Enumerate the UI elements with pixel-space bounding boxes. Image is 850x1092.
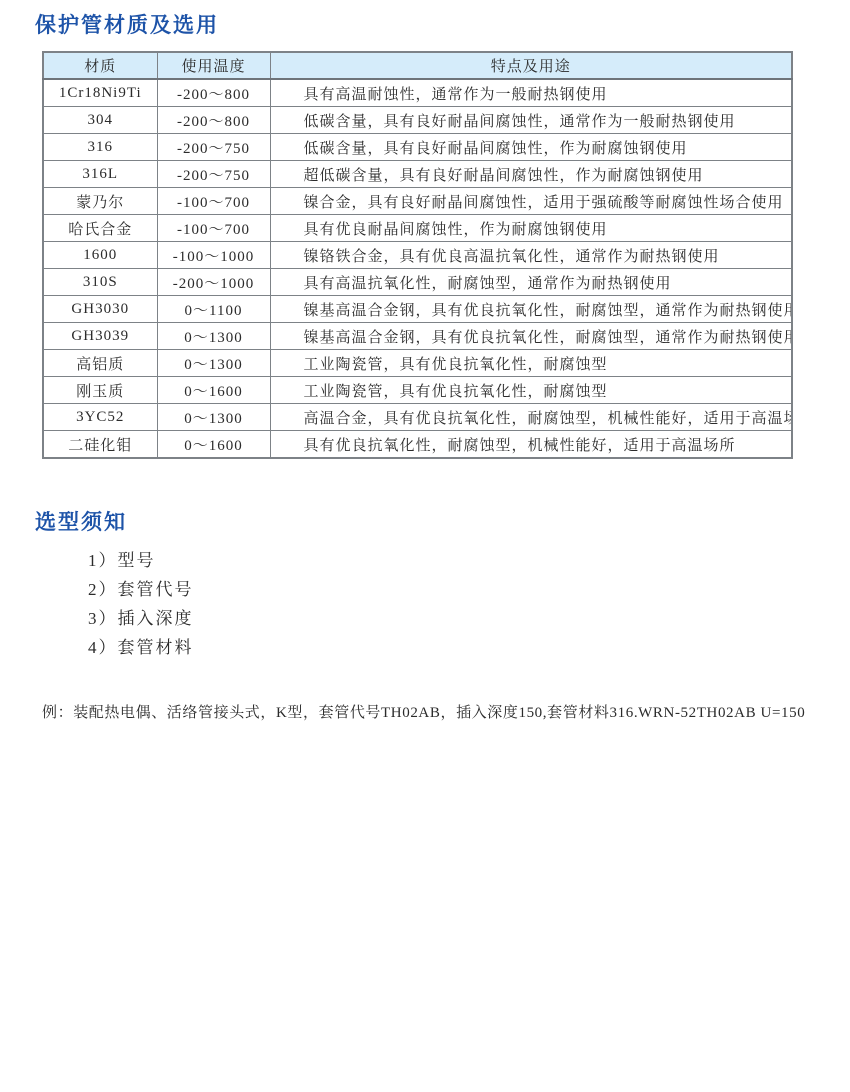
table-row: 316L -200～750 超低碳含量，具有良好耐晶间腐蚀性，作为耐腐蚀钢使用 xyxy=(43,161,792,188)
material-cell: 刚玉质 xyxy=(43,377,157,404)
material-cell: 3YC52 xyxy=(43,404,157,431)
temperature-cell: 0～1300 xyxy=(157,350,270,377)
table-row: 刚玉质 0～1600 工业陶瓷管，具有优良抗氧化性，耐腐蚀型 xyxy=(43,377,792,404)
features-cell: 具有高温抗氧化性，耐腐蚀型，通常作为耐热钢使用 xyxy=(270,269,792,296)
temperature-cell: 0～1300 xyxy=(157,404,270,431)
material-cell: GH3039 xyxy=(43,323,157,350)
features-cell: 低碳含量，具有良好耐晶间腐蚀性，通常作为一般耐热钢使用 xyxy=(270,107,792,134)
temperature-cell: 0～1600 xyxy=(157,377,270,404)
material-cell: 316 xyxy=(43,134,157,161)
list-item: 4）套管材料 xyxy=(88,633,194,662)
material-cell: 304 xyxy=(43,107,157,134)
table-row: GH3039 0～1300 镍基高温合金钢，具有优良抗氧化性，耐腐蚀型，通常作为… xyxy=(43,323,792,350)
column-header-temperature: 使用温度 xyxy=(157,52,270,79)
material-cell: 高铝质 xyxy=(43,350,157,377)
features-cell: 超低碳含量，具有良好耐晶间腐蚀性，作为耐腐蚀钢使用 xyxy=(270,161,792,188)
material-cell: 310S xyxy=(43,269,157,296)
table-row: 316 -200～750 低碳含量，具有良好耐晶间腐蚀性，作为耐腐蚀钢使用 xyxy=(43,134,792,161)
material-cell: 316L xyxy=(43,161,157,188)
table-row: 1Cr18Ni9Ti -200～800 具有高温耐蚀性，通常作为一般耐热钢使用 xyxy=(43,79,792,107)
temperature-cell: 0～1100 xyxy=(157,296,270,323)
table-row: 二硅化钼 0～1600 具有优良抗氧化性，耐腐蚀型，机械性能好，适用于高温场所 xyxy=(43,431,792,459)
temperature-cell: 0～1600 xyxy=(157,431,270,459)
table-row: GH3030 0～1100 镍基高温合金钢，具有优良抗氧化性，耐腐蚀型，通常作为… xyxy=(43,296,792,323)
temperature-cell: -200～750 xyxy=(157,161,270,188)
temperature-cell: -200～800 xyxy=(157,79,270,107)
temperature-cell: -200～1000 xyxy=(157,269,270,296)
material-cell: GH3030 xyxy=(43,296,157,323)
material-cell: 1Cr18Ni9Ti xyxy=(43,79,157,107)
table-row: 蒙乃尔 -100～700 镍合金，具有良好耐晶间腐蚀性，适用于强硫酸等耐腐蚀性场… xyxy=(43,188,792,215)
features-cell: 高温合金，具有优良抗氧化性，耐腐蚀型，机械性能好，适用于高温场所 xyxy=(270,404,792,431)
column-header-material: 材质 xyxy=(43,52,157,79)
features-cell: 镍基高温合金钢，具有优良抗氧化性，耐腐蚀型，通常作为耐热钢使用 xyxy=(270,323,792,350)
table-row: 哈氏合金 -100～700 具有优良耐晶间腐蚀性，作为耐腐蚀钢使用 xyxy=(43,215,792,242)
list-item: 2）套管代号 xyxy=(88,575,194,604)
table-row: 310S -200～1000 具有高温抗氧化性，耐腐蚀型，通常作为耐热钢使用 xyxy=(43,269,792,296)
features-cell: 镍铬铁合金，具有优良高温抗氧化性，通常作为耐热钢使用 xyxy=(270,242,792,269)
temperature-cell: -100～1000 xyxy=(157,242,270,269)
material-cell: 1600 xyxy=(43,242,157,269)
table-row: 304 -200～800 低碳含量，具有良好耐晶间腐蚀性，通常作为一般耐热钢使用 xyxy=(43,107,792,134)
temperature-cell: -100～700 xyxy=(157,188,270,215)
features-cell: 具有优良耐晶间腐蚀性，作为耐腐蚀钢使用 xyxy=(270,215,792,242)
features-cell: 镍合金，具有良好耐晶间腐蚀性，适用于强硫酸等耐腐蚀性场合使用 xyxy=(270,188,792,215)
features-cell: 具有优良抗氧化性，耐腐蚀型，机械性能好，适用于高温场所 xyxy=(270,431,792,459)
temperature-cell: -200～750 xyxy=(157,134,270,161)
temperature-cell: -200～800 xyxy=(157,107,270,134)
table-row: 高铝质 0～1300 工业陶瓷管，具有优良抗氧化性，耐腐蚀型 xyxy=(43,350,792,377)
ordering-example-text: 例：装配热电偶、活络管接头式，K型，套管代号TH02AB，插入深度150,套管材… xyxy=(42,701,805,722)
features-cell: 工业陶瓷管，具有优良抗氧化性，耐腐蚀型 xyxy=(270,377,792,404)
materials-table: 材质 使用温度 特点及用途 1Cr18Ni9Ti -200～800 具有高温耐蚀… xyxy=(42,51,793,459)
temperature-cell: -100～700 xyxy=(157,215,270,242)
material-cell: 蒙乃尔 xyxy=(43,188,157,215)
features-cell: 镍基高温合金钢，具有优良抗氧化性，耐腐蚀型，通常作为耐热钢使用 xyxy=(270,296,792,323)
features-cell: 工业陶瓷管，具有优良抗氧化性，耐腐蚀型 xyxy=(270,350,792,377)
column-header-features: 特点及用途 xyxy=(270,52,792,79)
material-cell: 二硅化钼 xyxy=(43,431,157,459)
section-title-selection-notes: 选型须知 xyxy=(35,506,127,536)
selection-notes-list: 1）型号 2）套管代号 3）插入深度 4）套管材料 xyxy=(88,546,194,662)
section-title-protection-tube-materials: 保护管材质及选用 xyxy=(35,9,219,39)
table-row: 3YC52 0～1300 高温合金，具有优良抗氧化性，耐腐蚀型，机械性能好，适用… xyxy=(43,404,792,431)
temperature-cell: 0～1300 xyxy=(157,323,270,350)
list-item: 1）型号 xyxy=(88,546,194,575)
table-header-row: 材质 使用温度 特点及用途 xyxy=(43,52,792,79)
material-cell: 哈氏合金 xyxy=(43,215,157,242)
table-row: 1600 -100～1000 镍铬铁合金，具有优良高温抗氧化性，通常作为耐热钢使… xyxy=(43,242,792,269)
list-item: 3）插入深度 xyxy=(88,604,194,633)
features-cell: 低碳含量，具有良好耐晶间腐蚀性，作为耐腐蚀钢使用 xyxy=(270,134,792,161)
catalog-page: 保护管材质及选用 材质 使用温度 特点及用途 1Cr18Ni9Ti -200～8… xyxy=(0,0,850,1092)
features-cell: 具有高温耐蚀性，通常作为一般耐热钢使用 xyxy=(270,79,792,107)
